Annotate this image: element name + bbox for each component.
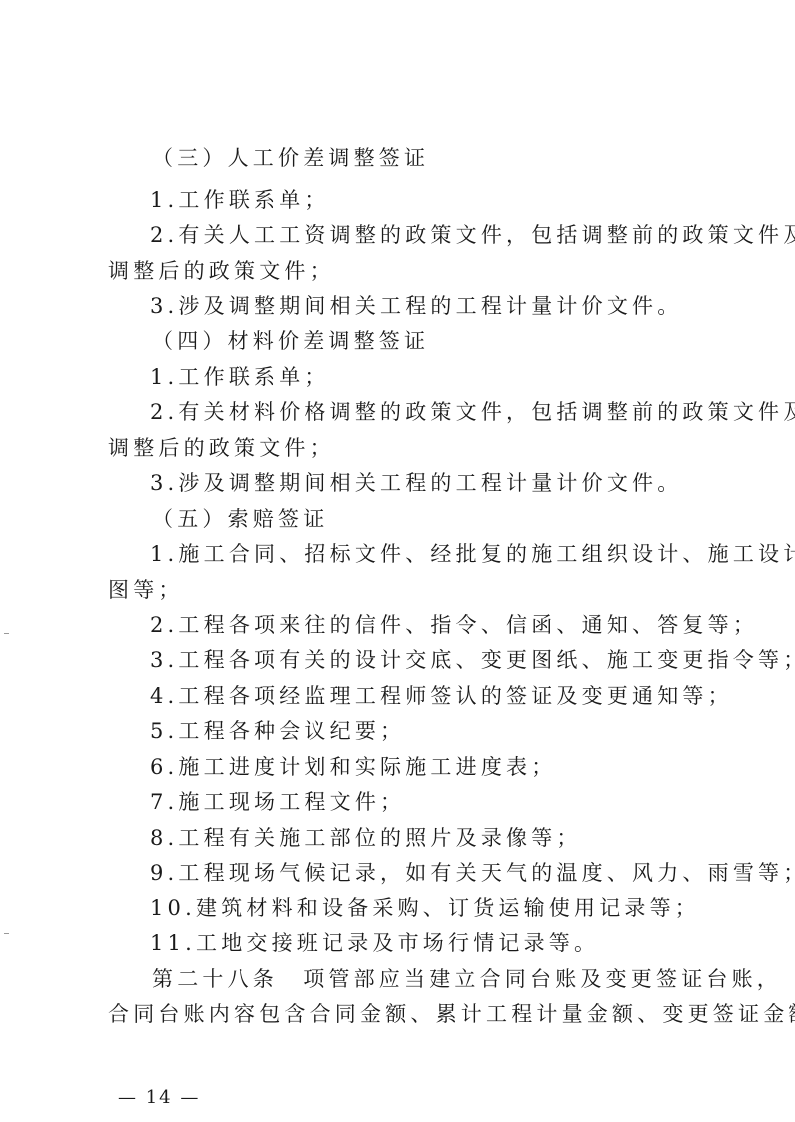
text-line: 2.有关材料价格调整的政策文件，包括调整前的政策文件及 (150, 402, 795, 423)
text-line: 3.工程各项有关的设计交底、变更图纸、施工变更指令等； (150, 650, 795, 671)
page-number: — 14 — (118, 1087, 200, 1108)
text-line: 1.工作联系单； (150, 367, 330, 388)
text-line: 4.工程各项经监理工程师签认的签证及变更通知等； (150, 686, 733, 707)
scan-mark (4, 933, 9, 934)
text-line: 1.工作联系单； (150, 190, 330, 211)
text-line: 2.工程各项来往的信件、指令、信函、通知、答复等； (150, 615, 758, 636)
text-line: 7.施工现场工程文件； (150, 792, 405, 813)
text-line: 9.工程现场气候记录，如有关天气的温度、风力、雨雪等； (150, 863, 795, 884)
text-line: 2.有关人工工资调整的政策文件，包括调整前的政策文件及 (150, 225, 795, 246)
text-line: 图等； (108, 580, 184, 601)
text-line: 10.建筑材料和设备采购、订货运输使用记录等； (150, 898, 700, 919)
text-line: 调整后的政策文件； (108, 261, 335, 282)
text-line: 8.工程有关施工部位的照片及录像等； (150, 828, 582, 849)
text-line: 3.涉及调整期间相关工程的工程计量计价文件。 (150, 296, 682, 317)
text-line: 11.工地交接班记录及市场行情记录等。 (150, 933, 599, 954)
text-line: 合同台账内容包含合同金额、累计工程计量金额、变更签证金额、 (108, 1004, 795, 1025)
text-line: 6.施工进度计划和实际施工进度表； (150, 757, 556, 778)
text-line: 5.工程各种会议纪要； (150, 721, 405, 742)
text-line: （三）人工价差调整签证 (152, 148, 429, 169)
text-line: 第二十八条 项管部应当建立合同台账及变更签证台账， (152, 969, 782, 990)
text-line: （五）索赔签证 (152, 509, 328, 530)
text-line: 1.施工合同、招标文件、经批复的施工组织设计、施工设计 (150, 544, 795, 565)
scan-mark (4, 633, 9, 634)
text-line: 调整后的政策文件； (108, 438, 335, 459)
text-line: 3.涉及调整期间相关工程的工程计量计价文件。 (150, 473, 682, 494)
text-line: （四）材料价差调整签证 (152, 331, 429, 352)
